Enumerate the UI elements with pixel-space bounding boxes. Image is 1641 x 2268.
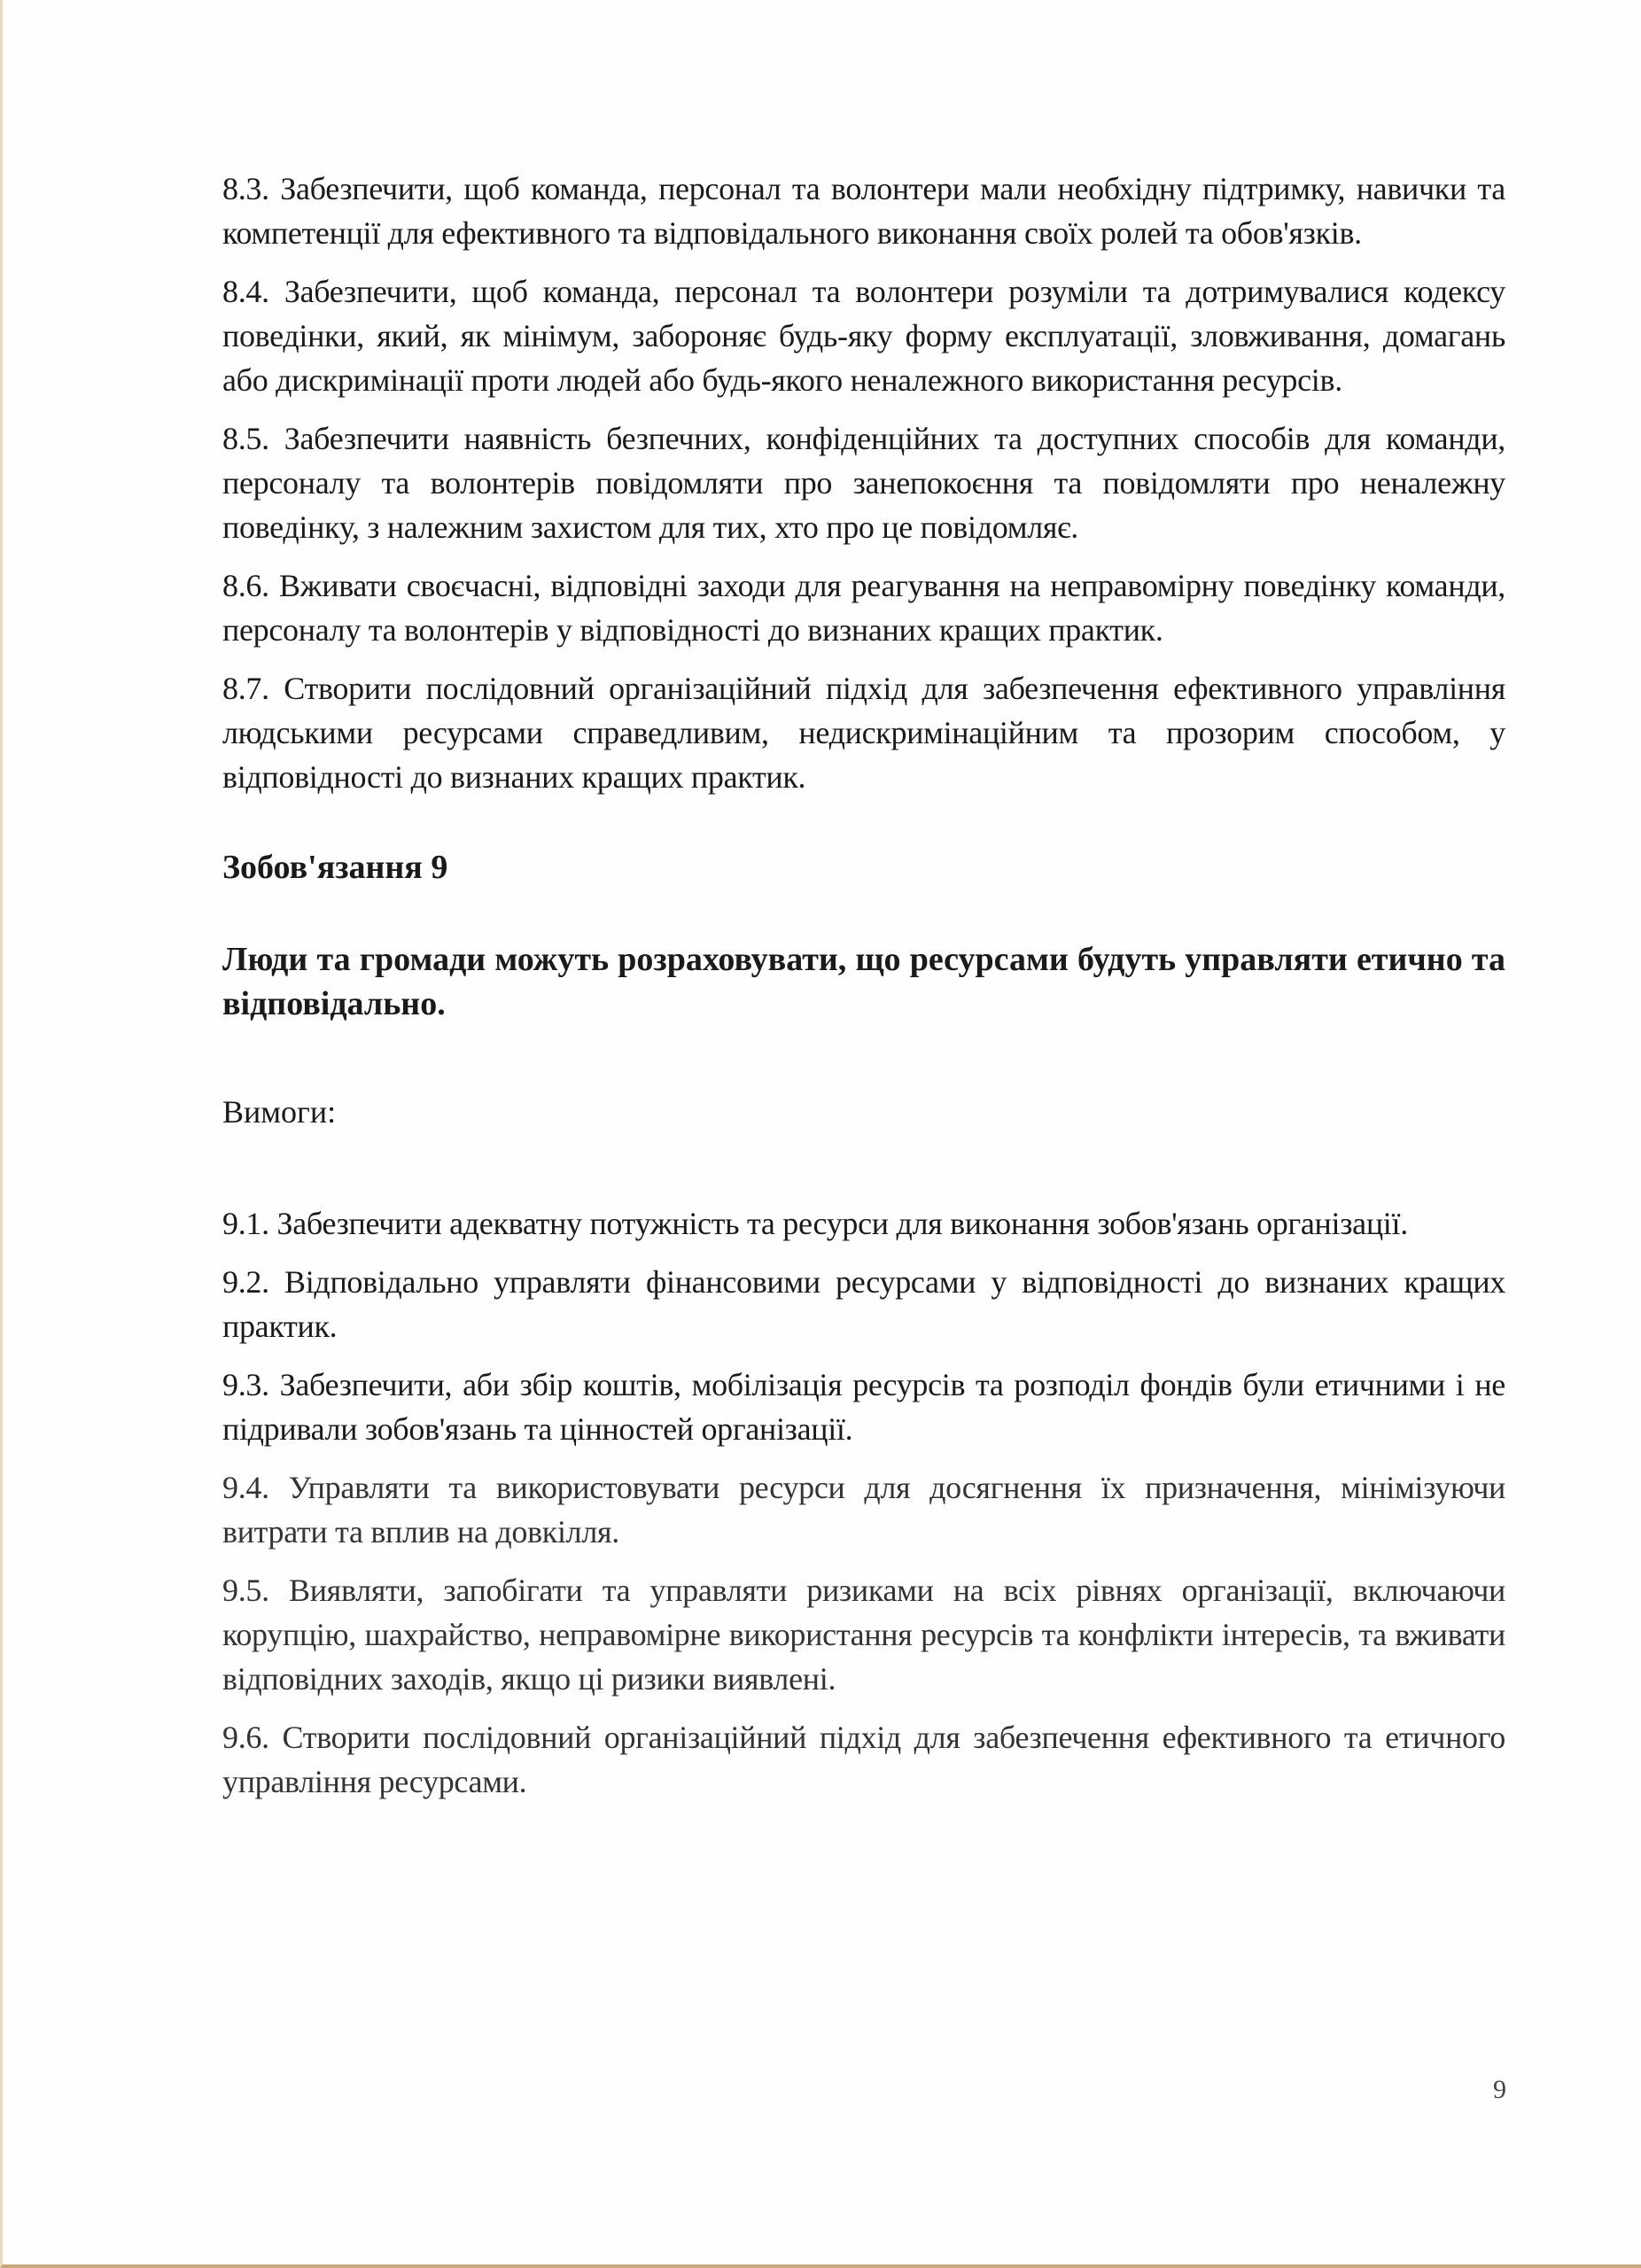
requirement-9-4: 9.4. Управляти та використовувати ресурс… (222, 1465, 1505, 1554)
page-number: 9 (1493, 2075, 1506, 2105)
commitment-heading: Зобов'язання 9 (222, 845, 1505, 889)
commitment-statement: Люди та громади можуть розраховувати, що… (222, 937, 1505, 1026)
requirement-9-5: 9.5. Виявляти, запобігати та управляти р… (222, 1568, 1505, 1701)
requirement-8-3: 8.3. Забезпечити, щоб команда, персонал … (222, 167, 1505, 255)
requirement-9-6: 9.6. Створити послідовний організаційний… (222, 1715, 1505, 1804)
section-9-requirements: 9.1. Забезпечити адекватну потужність та… (222, 1201, 1505, 1804)
document-page: 8.3. Забезпечити, щоб команда, персонал … (0, 0, 1641, 2268)
requirement-8-6: 8.6. Вживати своєчасні, відповідні заход… (222, 563, 1505, 652)
requirement-8-5: 8.5. Забезпечити наявність безпечних, ко… (222, 416, 1505, 549)
requirement-8-4: 8.4. Забезпечити, щоб команда, персонал … (222, 269, 1505, 402)
requirement-9-3: 9.3. Забезпечити, аби збір коштів, мобіл… (222, 1363, 1505, 1451)
requirement-9-2: 9.2. Відповідально управляти фінансовими… (222, 1260, 1505, 1348)
requirements-label: Вимоги: (222, 1090, 1505, 1134)
page-content: 8.3. Забезпечити, щоб команда, персонал … (222, 167, 1505, 1818)
requirement-9-1: 9.1. Забезпечити адекватну потужність та… (222, 1201, 1505, 1246)
requirement-8-7: 8.7. Створити послідовний організаційний… (222, 666, 1505, 799)
